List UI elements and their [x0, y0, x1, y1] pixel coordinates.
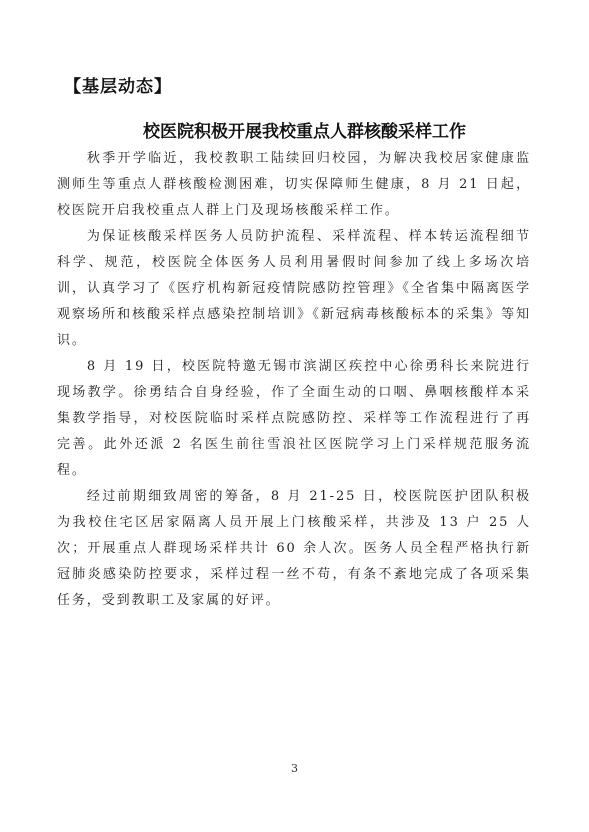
document-body: 秋季开学临近，我校教职工陆续回归校园，为解决我校居家健康监测师生等重点人群核酸检… — [57, 146, 531, 614]
paragraph-4: 经过前期细致周密的筹备，8 月 21-25 日，校医院医护团队积极为我校住宅区居… — [57, 484, 531, 614]
paragraph-1: 秋季开学临近，我校教职工陆续回归校园，为解决我校居家健康监测师生等重点人群核酸检… — [57, 146, 531, 224]
paragraph-2: 为保证核酸采样医务人员防护流程、采样流程、样本转运流程细节科学、规范，校医院全体… — [57, 224, 531, 354]
document-title: 校医院积极开展我校重点人群核酸采样工作 — [0, 117, 589, 142]
section-tag: 【基层动态】 — [64, 72, 172, 97]
paragraph-3: 8 月 19 日，校医院特邀无锡市滨湖区疾控中心徐勇科长来院进行现场教学。徐勇结… — [57, 354, 531, 484]
page-number: 3 — [0, 762, 589, 775]
